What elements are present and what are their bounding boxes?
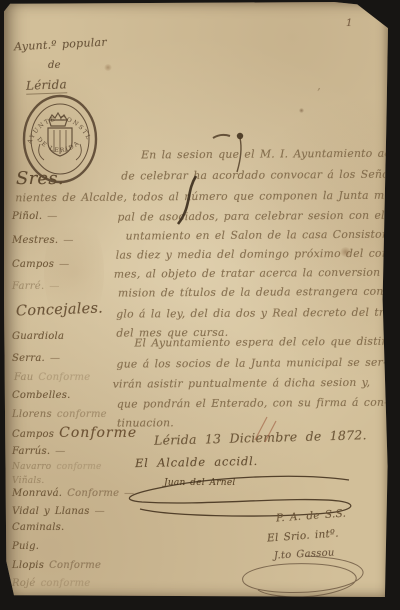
body-line: que pondrán el Enterado, con su firma á … bbox=[117, 396, 388, 411]
body-line: El Ayuntamiento espera del celo que dist… bbox=[134, 335, 392, 350]
body-line: las diez y media del domingo próximo del… bbox=[116, 246, 400, 261]
body-line: tinuacion. bbox=[117, 416, 174, 429]
salutation: Sres. bbox=[16, 168, 64, 189]
margin-name: Puig. bbox=[12, 541, 44, 552]
seal-arc-bottom-text: DE LERIDA bbox=[35, 136, 81, 154]
body-line: mes, al objeto de tratar acerca la conve… bbox=[114, 265, 400, 280]
paper-stain bbox=[340, 247, 351, 257]
margin-name: Caminals. bbox=[12, 522, 69, 533]
margin-name: Navarroconforme bbox=[12, 462, 102, 472]
letterhead-line1: Ayunt.º popular bbox=[14, 36, 107, 54]
alcalde-title: El Alcalde accidl. bbox=[135, 454, 258, 470]
body-line: glo á la ley, del dia dos y Real decreto… bbox=[116, 306, 397, 321]
ink-slash-mark bbox=[170, 174, 202, 228]
margin-name: Farrús.— bbox=[12, 446, 66, 457]
scanned-manuscript-page: 1 Ayunt.º popular de Lérida AYUNTE CONST… bbox=[0, 0, 400, 610]
margin-name: Combelles. bbox=[12, 390, 76, 401]
body-line: untamiento en el Salon de la casa Consis… bbox=[126, 227, 400, 242]
body-line: mision de títulos de la deuda estrangera… bbox=[118, 284, 400, 299]
margin-name: FauConforme bbox=[14, 372, 90, 383]
paper-stain bbox=[299, 108, 304, 113]
paper-stain bbox=[44, 212, 104, 332]
ink-speck: ’ bbox=[317, 86, 321, 99]
secretario-title: El Srio. intº. bbox=[267, 528, 340, 545]
margin-name: LlopisConforme bbox=[12, 560, 101, 571]
margin-name: Llorensconforme bbox=[12, 409, 107, 420]
margin-name: Viñals. bbox=[12, 476, 50, 486]
page-number: 1 bbox=[346, 18, 353, 29]
secretario-rubric-flourish bbox=[230, 550, 382, 608]
body-line: virán asistir puntualmente á dicha sesio… bbox=[113, 376, 371, 391]
red-check-marks bbox=[251, 412, 279, 444]
body-line: nientes de Alcalde, todos al número que … bbox=[15, 188, 400, 204]
margin-name: Serra.— bbox=[12, 353, 60, 364]
svg-text:DE LERIDA: DE LERIDA bbox=[35, 136, 81, 154]
ink-blot-mark bbox=[209, 128, 254, 176]
margin-name: Guardiola bbox=[12, 331, 69, 342]
body-line: de celebrar ha acordado convocar á los S… bbox=[121, 167, 400, 182]
paper-sheet: 1 Ayunt.º popular de Lérida AYUNTE CONST… bbox=[4, 2, 388, 597]
paper-stain bbox=[104, 64, 112, 71]
body-line: gue á los socios de la Junta municipal s… bbox=[116, 356, 387, 371]
body-text: En la sesion que el M. I. Ayuntamiento a… bbox=[4, 1, 388, 4]
letterhead-line2: de bbox=[48, 60, 61, 71]
margin-name: Vidal y Llanas— bbox=[12, 506, 105, 517]
body-line: pal de asociados, para celebrar sesion c… bbox=[117, 209, 400, 224]
margin-name: Rojéconforme bbox=[12, 578, 91, 589]
body-line: En la sesion que el M. I. Ayuntamiento a… bbox=[141, 147, 400, 162]
alcalde-rubric-flourish bbox=[114, 470, 364, 530]
margin-name: Piñol.— bbox=[12, 211, 58, 222]
